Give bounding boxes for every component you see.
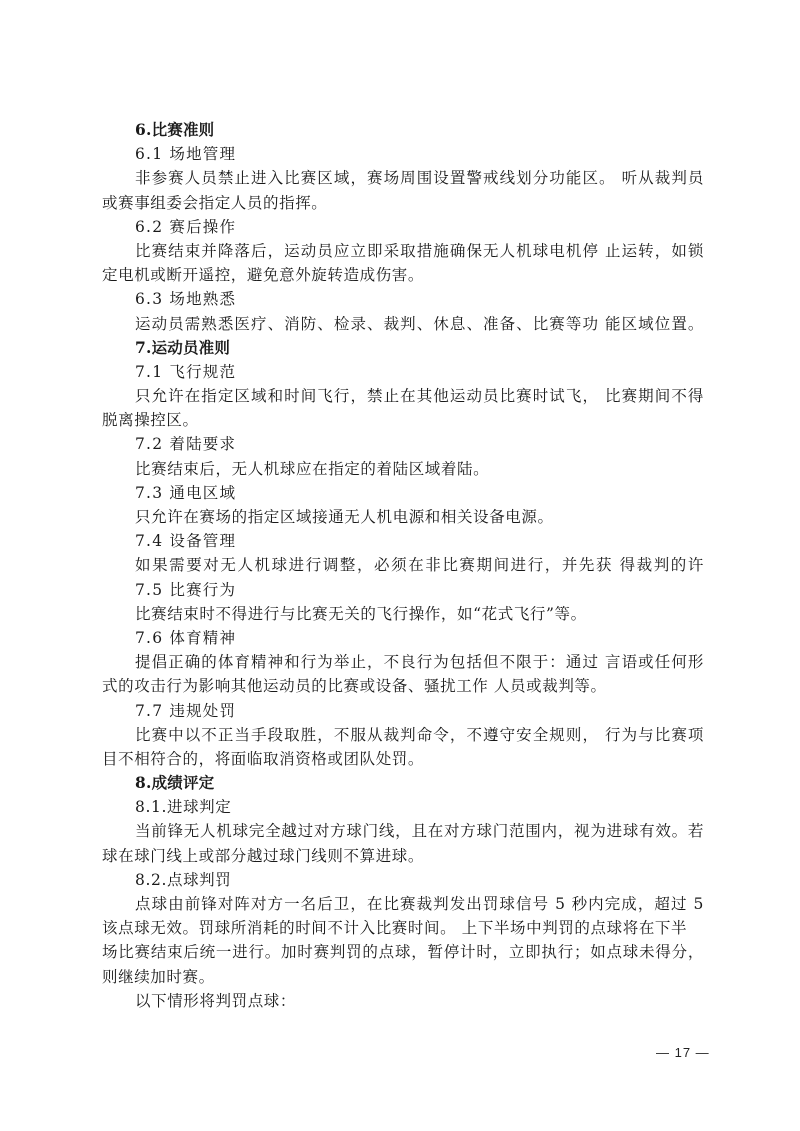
paragraph-line: 或赛事组委会指定人员的指挥。	[102, 191, 704, 215]
paragraph-line: 球在球门线上或部分越过球门线则不算进球。	[102, 844, 704, 868]
paragraph-line: 目不相符合的，将面临取消资格或团队处罚。	[102, 747, 704, 771]
paragraph-line: 提倡正确的体育精神和行为举止，不良行为包括但不限于：通过 言语或任何形	[102, 650, 704, 674]
subsection-title-7-7: 7.7 违规处罚	[102, 699, 704, 723]
paragraph-line: 比赛中以不正当手段取胜，不服从裁判命令，不遵守安全规则， 行为与比赛项	[102, 723, 704, 747]
section-heading-8: 8.成绩评定	[102, 771, 704, 795]
paragraph-line: 运动员需熟悉医疗、消防、检录、裁判、休息、准备、比赛等功 能区域位置。	[102, 312, 704, 336]
paragraph-line: 该点球无效。罚球所消耗的时间不计入比赛时间。 上下半场中判罚的点球将在下半	[102, 916, 704, 940]
paragraph-line: 式的攻击行为影响其他运动员的比赛或设备、骚扰工作 人员或裁判等。	[102, 674, 704, 698]
subsection-title-7-1: 7.1 飞行规范	[102, 360, 704, 384]
paragraph-line: 点球由前锋对阵对方一名后卫，在比赛裁判发出罚球信号 5 秒内完成，超过 5 秒	[102, 892, 704, 916]
subsection-title-7-2: 7.2 着陆要求	[102, 432, 704, 456]
subsection-title-7-4: 7.4 设备管理	[102, 529, 704, 553]
paragraph-line: 脱离操控区。	[102, 408, 704, 432]
paragraph-line: 只允许在赛场的指定区域接通无人机电源和相关设备电源。	[102, 505, 704, 529]
document-body: 6.比赛准则 6.1 场地管理 非参赛人员禁止进入比赛区域，赛场周围设置警戒线划…	[102, 118, 704, 1013]
paragraph-line: 如果需要对无人机球进行调整，必须在非比赛期间进行，并先获 得裁判的许可。	[102, 553, 704, 577]
page-number: — 17 —	[656, 1045, 710, 1060]
paragraph-line: 则继续加时赛。	[102, 965, 704, 989]
subsection-title-6-1: 6.1 场地管理	[102, 142, 704, 166]
document-page: 6.比赛准则 6.1 场地管理 非参赛人员禁止进入比赛区域，赛场周围设置警戒线划…	[0, 0, 800, 1131]
paragraph-line: 以下情形将判罚点球：	[102, 989, 704, 1013]
subsection-title-7-6: 7.6 体育精神	[102, 626, 704, 650]
subsection-title-8-1: 8.1.进球判定	[102, 795, 704, 819]
paragraph-line: 只允许在指定区域和时间飞行，禁止在其他运动员比赛时试飞， 比赛期间不得	[102, 384, 704, 408]
paragraph-line: 比赛结束后，无人机球应在指定的着陆区域着陆。	[102, 457, 704, 481]
paragraph-line: 比赛结束时不得进行与比赛无关的飞行操作，如“花式飞行”等。	[102, 602, 704, 626]
subsection-title-6-2: 6.2 赛后操作	[102, 215, 704, 239]
subsection-title-8-2: 8.2.点球判罚	[102, 868, 704, 892]
subsection-title-7-5: 7.5 比赛行为	[102, 578, 704, 602]
paragraph-line: 场比赛结束后统一进行。加时赛判罚的点球，暂停计时，立即执行；如点球未得分，	[102, 940, 704, 964]
subsection-title-7-3: 7.3 通电区域	[102, 481, 704, 505]
paragraph-line: 比赛结束并降落后，运动员应立即采取措施确保无人机球电机停 止运转，如锁	[102, 239, 704, 263]
subsection-title-6-3: 6.3 场地熟悉	[102, 287, 704, 311]
section-heading-7: 7.运动员准则	[102, 336, 704, 360]
paragraph-line: 定电机或断开遥控，避免意外旋转造成伤害。	[102, 263, 704, 287]
paragraph-line: 当前锋无人机球完全越过对方球门线，且在对方球门范围内，视为进球有效。若	[102, 819, 704, 843]
section-heading-6: 6.比赛准则	[102, 118, 704, 142]
paragraph-line: 非参赛人员禁止进入比赛区域，赛场周围设置警戒线划分功能区。 听从裁判员	[102, 166, 704, 190]
